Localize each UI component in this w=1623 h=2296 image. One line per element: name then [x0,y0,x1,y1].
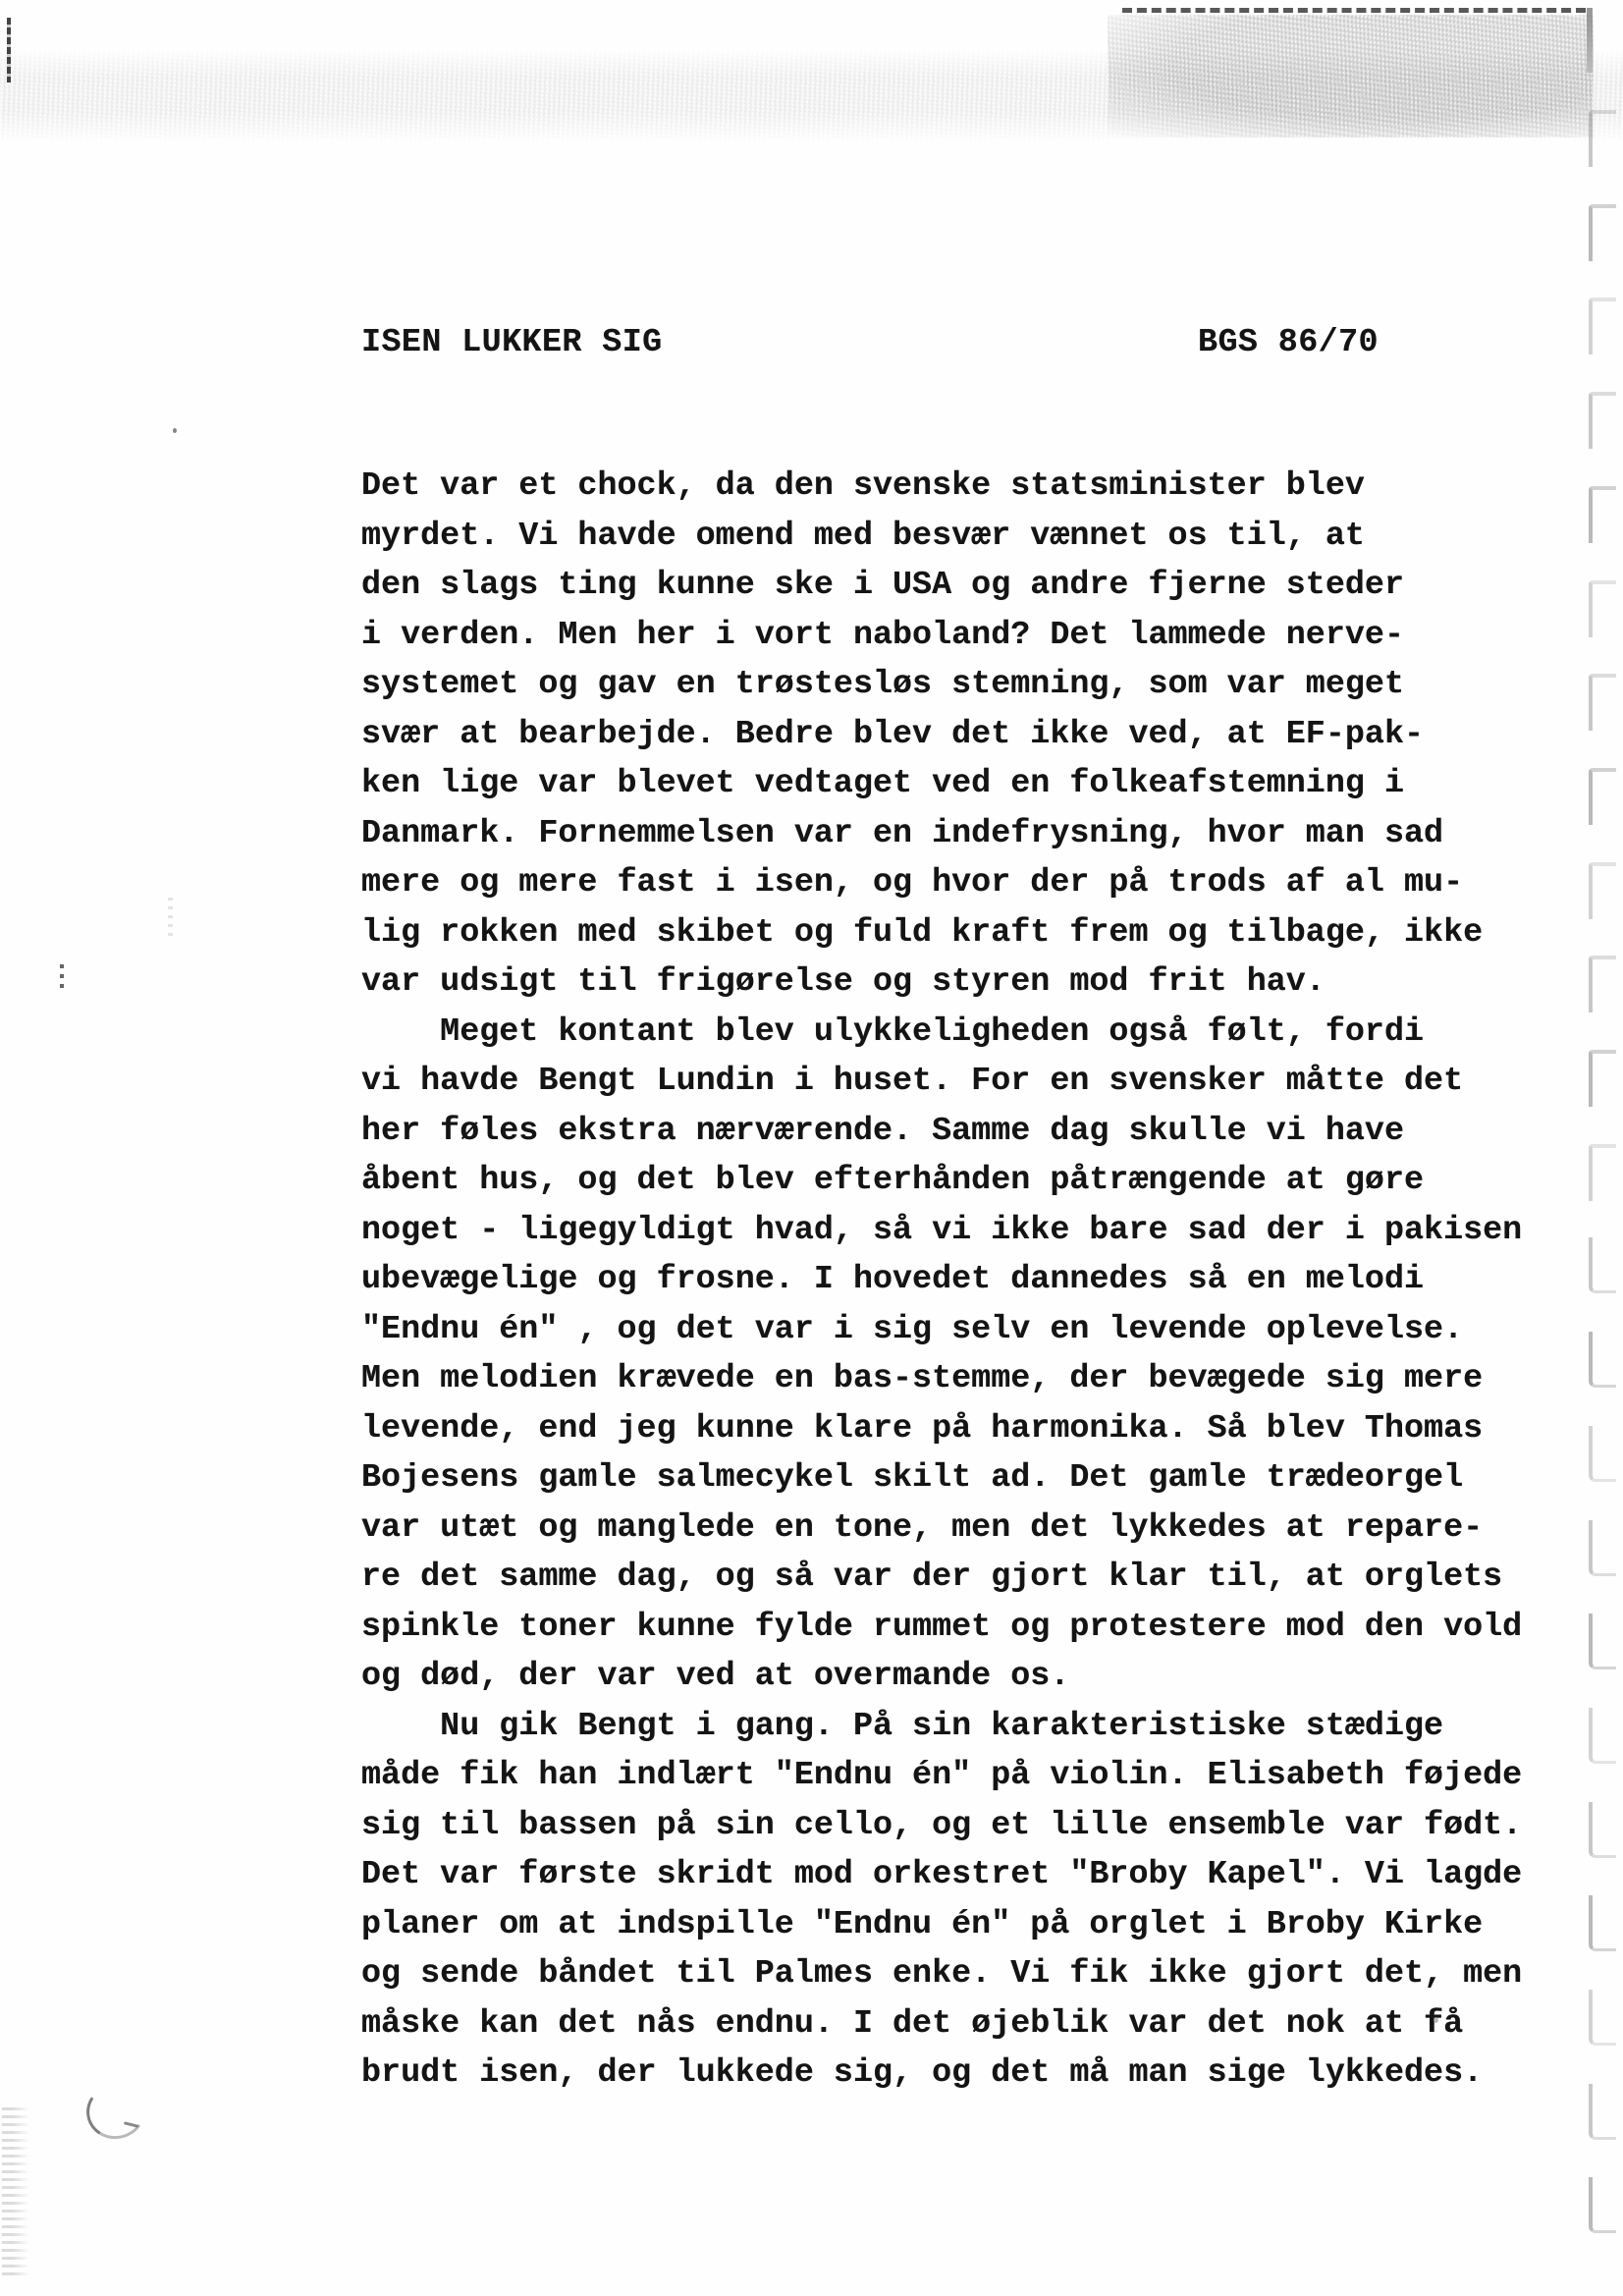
text-line: re det samme dag, og så var der gjort kl… [361,1553,1559,1603]
text-line: i verden. Men her i vort naboland? Det l… [361,611,1559,661]
text-line: var utæt og manglede en tone, men det ly… [361,1503,1559,1554]
binding-hole-mark [1589,768,1616,825]
binding-hole-mark [1589,1990,1616,2046]
text-line: ubevægelige og frosne. I hovedet dannede… [361,1255,1559,1305]
binding-hole-mark [1589,1520,1616,1576]
binding-hole-mark [1589,298,1616,355]
scan-edge-smudge [2,2107,29,2279]
text-line: og død, der var ved at overmande os. [361,1652,1559,1702]
text-line: Bojesens gamle salmecykel skilt ad. Det … [361,1453,1559,1503]
binding-hole-mark [1589,1613,1616,1669]
text-line: Men melodien krævede en bas-stemme, der … [361,1354,1559,1404]
text-line: brudt isen, der lukkede sig, og det må m… [361,2049,1559,2099]
document-reference-number: BGS 86/70 [1198,324,1379,361]
text-line: måde fik han indlært "Endnu én" på violi… [361,1751,1559,1801]
text-line: Danmark. Fornemmelsen var en indefrysnin… [361,809,1559,859]
text-line: mere og mere fast i isen, og hvor der på… [361,858,1559,908]
text-line: her føles ekstra nærværende. Samme dag s… [361,1107,1559,1157]
binding-hole-mark [1589,392,1616,449]
scan-noise-dense-patch [1108,15,1594,137]
text-line: ken lige var blevet vedtaget ved en folk… [361,759,1559,809]
text-line: lig rokken med skibet og fuld kraft frem… [361,908,1559,958]
text-line: svær at bearbejde. Bedre blev det ikke v… [361,710,1559,760]
text-line: spinkle toner kunne fylde rummet og prot… [361,1603,1559,1653]
document-header: ISEN LUKKER SIG BGS 86/70 [0,324,1623,365]
text-line: levende, end jeg kunne klare på harmonik… [361,1404,1559,1454]
scan-top-edge-line [1122,8,1586,13]
text-line: var udsigt til frigørelse og styren mod … [361,957,1559,1008]
binding-hole-mark [1589,2177,1616,2233]
binding-hole-mark [1589,204,1616,261]
text-line: Nu gik Bengt i gang. På sin karakteristi… [361,1702,1559,1752]
text-line: den slags ting kunne ske i USA og andre … [361,561,1559,611]
binding-hole-mark [1589,1802,1616,1858]
binding-hole-mark [1589,1426,1616,1482]
document-body: Det var et chock, da den svenske statsmi… [361,462,1559,2099]
text-line: Det var første skridt mod orkestret "Bro… [361,1850,1559,1900]
text-line: og sende båndet til Palmes enke. Vi fik … [361,1949,1559,1999]
binding-hole-mark [1589,862,1616,919]
text-line: vi havde Bengt Lundin i huset. For en sv… [361,1057,1559,1107]
pen-arc-mark [81,2078,150,2144]
binding-hole-mark [1589,1332,1616,1388]
text-line: noget - ligegyldigt hvad, så vi ikke bar… [361,1206,1559,1256]
scanned-document-page: ISEN LUKKER SIG BGS 86/70 Det var et cho… [0,0,1623,2296]
scan-speck [60,964,64,994]
text-line: åbent hus, og det blev efterhånden påtræ… [361,1156,1559,1206]
binding-hole-mark [1589,1895,1616,1951]
binding-hole-mark [1589,110,1616,167]
binding-hole-mark [1589,1237,1616,1293]
text-line: "Endnu én" , og det var i sig selv en le… [361,1305,1559,1355]
binding-hole-mark [1589,486,1616,543]
document-title: ISEN LUKKER SIG [361,324,663,361]
text-line: Meget kontant blev ulykkeligheden også f… [361,1008,1559,1058]
text-line: Det var et chock, da den svenske statsmi… [361,462,1559,512]
binding-hole-mark [1589,2084,1616,2140]
scan-speck [1434,2017,1438,2023]
binding-hole-mark [1589,1050,1616,1107]
scan-right-edge-bar [1587,8,1593,73]
text-line: systemet og gav en trøstesløs stemning, … [361,660,1559,710]
binding-hole-mark [1589,580,1616,637]
scan-speck [168,898,173,937]
text-line: planer om at indspille "Endnu én" på org… [361,1900,1559,1950]
binding-hole-mark [1589,674,1616,731]
binding-hole-mark [1589,956,1616,1012]
scan-left-edge-line [7,18,11,82]
text-line: myrdet. Vi havde omend med besvær vænnet… [361,512,1559,562]
binding-hole-mark [1589,1144,1616,1201]
scan-speck [173,428,177,433]
text-line: måske kan det nås endnu. I det øjeblik v… [361,1999,1559,2050]
text-line: sig til bassen på sin cello, og et lille… [361,1801,1559,1851]
binding-hole-mark [1589,1708,1616,1764]
